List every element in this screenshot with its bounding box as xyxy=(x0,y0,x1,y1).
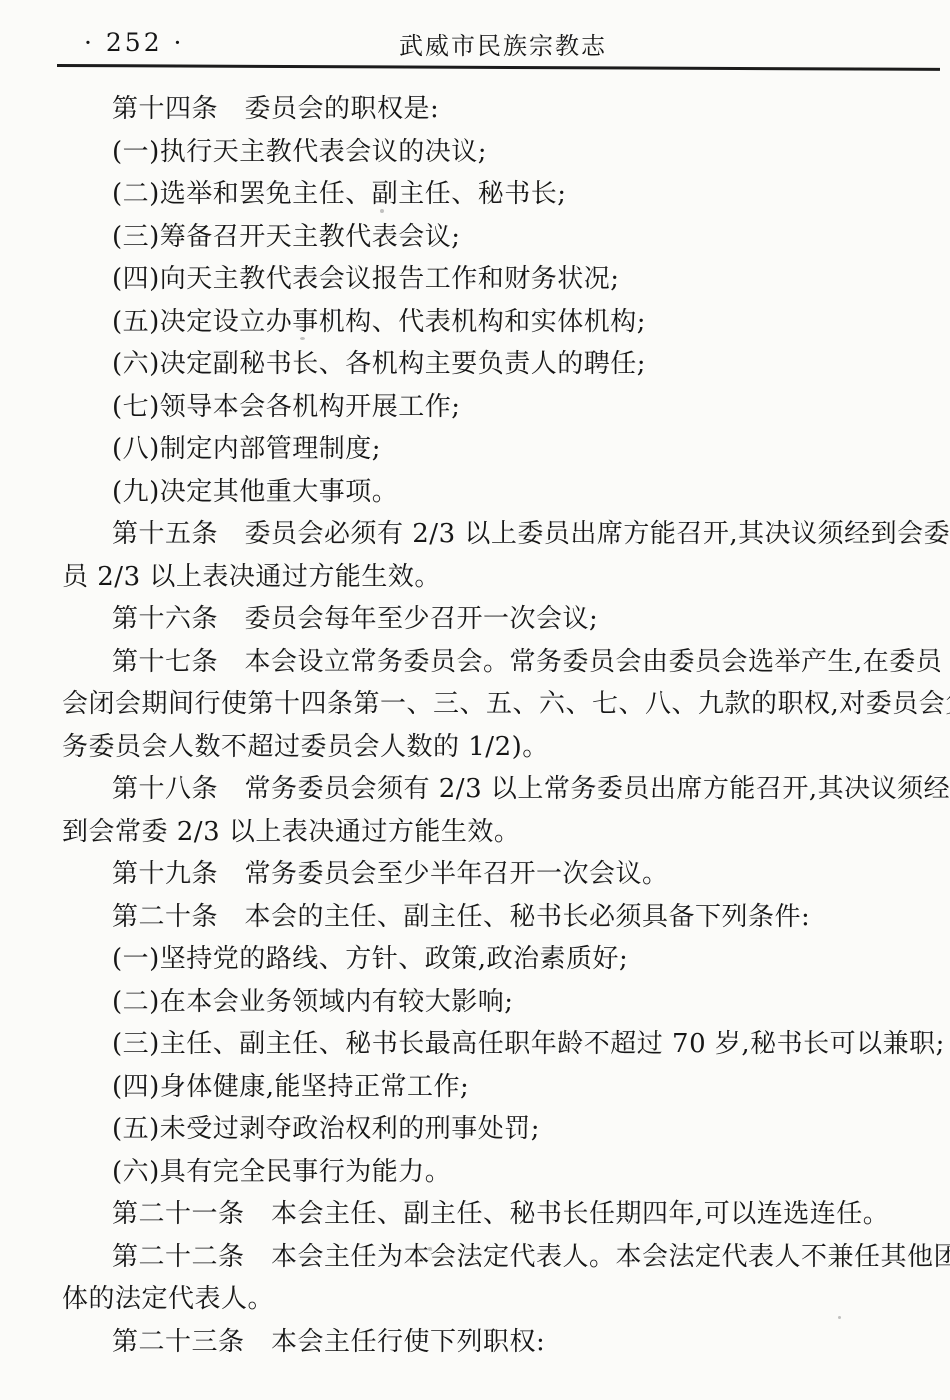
text-line-cond-3: (三)主任、副主任、秘书长最高任职年龄不超过 70 岁,秘书长可以兼职; xyxy=(62,1023,944,1066)
text-line-item-4: (四)向天主教代表会议报告工作和财务状况; xyxy=(62,258,944,301)
text-line-article-19: 第十九条 常务委员会至少半年召开一次会议。 xyxy=(62,853,944,896)
text-line-article-23: 第二十三条 本会主任行使下列职权: xyxy=(62,1321,944,1364)
text-line-article-14: 第十四条 委员会的职权是: xyxy=(62,88,944,131)
text-line-article-15-cont: 员 2/3 以上表决通过方能生效。 xyxy=(62,556,944,599)
scan-speck xyxy=(380,209,384,213)
text-line-cond-1: (一)坚持党的路线、方针、政策,政治素质好; xyxy=(62,938,944,981)
text-line-cond-5: (五)未受过剥夺政治权利的刑事处罚; xyxy=(62,1108,944,1151)
text-line-article-17: 第十七条 本会设立常务委员会。常务委员会由委员会选举产生,在委员 xyxy=(62,641,944,684)
text-line-article-16: 第十六条 委员会每年至少召开一次会议; xyxy=(62,598,944,641)
text-line-item-3: (三)筹备召开天主教代表会议; xyxy=(62,216,944,259)
text-line-item-1: (一)执行天主教代表会议的决议; xyxy=(62,131,944,174)
text-line-item-5: (五)决定设立办事机构、代表机构和实体机构; xyxy=(62,301,944,344)
book-title: 武威市民族宗教志 xyxy=(56,26,950,61)
text-line-item-7: (七)领导本会各机构开展工作; xyxy=(62,386,944,429)
text-line-article-22-cont: 体的法定代表人。 xyxy=(62,1278,944,1321)
text-line-item-8: (八)制定内部管理制度; xyxy=(62,428,944,471)
text-line-article-18-cont: 到会常委 2/3 以上表决通过方能生效。 xyxy=(62,811,944,854)
scan-speck xyxy=(300,337,305,340)
scan-speck xyxy=(838,1316,841,1319)
text-line-item-2: (二)选举和罢免主任、副主任、秘书长; xyxy=(62,173,944,216)
text-line-cond-4: (四)身体健康,能坚持正常工作; xyxy=(62,1066,944,1109)
text-line-article-22: 第二十二条 本会主任为本会法定代表人。本会法定代表人不兼任其他团 xyxy=(62,1236,944,1279)
text-line-article-17-cont-1: 会闭会期间行使第十四条第一、三、五、六、七、八、九款的职权,对委员会负责(常 xyxy=(62,683,944,726)
text-line-article-15: 第十五条 委员会必须有 2/3 以上委员出席方能召开,其决议须经到会委 xyxy=(62,513,944,556)
header-rule xyxy=(57,64,940,71)
scan-speck xyxy=(428,1247,432,1251)
text-line-item-6: (六)决定副秘书长、各机构主要负责人的聘任; xyxy=(62,343,944,386)
text-line-cond-2: (二)在本会业务领域内有较大影响; xyxy=(62,981,944,1024)
text-line-item-9: (九)决定其他重大事项。 xyxy=(62,471,944,514)
body-text: 第十四条 委员会的职权是: (一)执行天主教代表会议的决议; (二)选举和罢免主… xyxy=(62,88,944,1363)
text-line-article-20: 第二十条 本会的主任、副主任、秘书长必须具备下列条件: xyxy=(62,896,944,939)
text-line-cond-6: (六)具有完全民事行为能力。 xyxy=(62,1151,944,1194)
text-line-article-18: 第十八条 常务委员会须有 2/3 以上常务委员出席方能召开,其决议须经 xyxy=(62,768,944,811)
text-line-article-21: 第二十一条 本会主任、副主任、秘书长任期四年,可以连选连任。 xyxy=(62,1193,944,1236)
text-line-article-17-cont-2: 务委员会人数不超过委员会人数的 1/2)。 xyxy=(62,726,944,769)
